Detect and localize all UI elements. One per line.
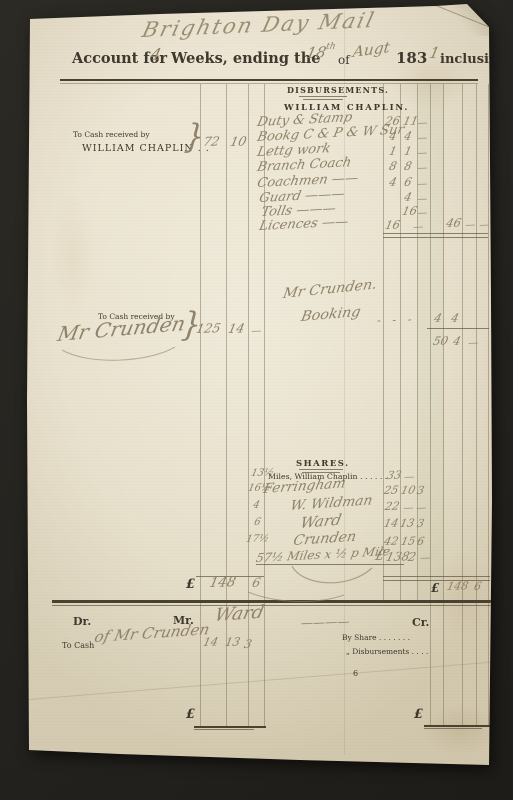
by-disbursements-label: „ Disbursements . . . . xyxy=(346,648,428,656)
amount: 1 xyxy=(388,146,398,158)
to-cash-label: To Cash xyxy=(62,642,94,650)
amount-dash: — xyxy=(415,504,427,514)
photo-backdrop: Brighton Day Mail Account for 4 Weeks, e… xyxy=(0,0,513,800)
ledger-rule-vertical xyxy=(430,84,431,727)
cr-label: Cr. xyxy=(412,617,429,628)
amount: 25 xyxy=(383,485,399,496)
crunden-name: Mr Crunden. xyxy=(282,277,378,301)
amount-dash: — xyxy=(416,180,428,190)
paper-stain xyxy=(50,190,95,320)
amount-dashes: - - - xyxy=(376,314,417,326)
ledger-rule-vertical xyxy=(443,84,444,727)
brace-glyph: } xyxy=(183,121,206,154)
account-line-text: inclusive. xyxy=(440,53,509,66)
amount: 6 xyxy=(416,536,425,547)
amount: 14 xyxy=(202,636,219,648)
share-name: Ward xyxy=(299,513,343,531)
amount-dash: — xyxy=(403,473,415,483)
amount-dash: — xyxy=(416,134,428,144)
footer-payee-handwritten: of Mr Crunden xyxy=(93,622,211,645)
crunden-item: Booking xyxy=(300,305,362,324)
shares-total-label: 57½ Miles x ½ p Mile xyxy=(255,545,391,564)
amount: 4 xyxy=(433,313,443,325)
month-handwritten: Augt xyxy=(352,40,391,60)
ledger-sheet: Brighton Day Mail Account for 4 Weeks, e… xyxy=(0,0,513,800)
shares-header: SHARES. xyxy=(296,460,350,469)
amount: 50 xyxy=(432,335,449,347)
amount: 15 xyxy=(400,536,416,547)
pound-sign: £ xyxy=(414,708,423,721)
footer-name-handwritten: Ward xyxy=(213,604,266,625)
share-name: Crunden xyxy=(292,530,357,548)
amount-pounds: 72 xyxy=(202,135,221,148)
amount: 8 xyxy=(388,161,398,173)
amount-dash: — xyxy=(416,164,428,174)
year-digit-handwritten: 1 xyxy=(428,46,441,61)
disbursements-header: DISBURSEMENTS. xyxy=(287,86,389,94)
amount-shillings: 14 xyxy=(227,322,246,335)
amount: 22 xyxy=(384,501,400,512)
payee-signature: Mr Crunden xyxy=(56,313,187,344)
corner-fold-shadow xyxy=(430,0,492,36)
day-handwritten: 18 xyxy=(305,45,327,61)
pre-total-rule xyxy=(383,576,490,577)
amount: 3 xyxy=(416,518,425,529)
day-suffix-handwritten: th xyxy=(325,43,336,52)
amount-dash: — xyxy=(402,504,414,514)
cash-received-label: To Cash received by xyxy=(73,131,150,139)
ledger-rule-vertical xyxy=(248,84,249,727)
ledger-rule-vertical xyxy=(226,84,227,727)
amount: 14 xyxy=(383,518,399,529)
pound-sign: £ xyxy=(431,582,439,594)
header-underline xyxy=(299,96,347,97)
amount: 4 xyxy=(452,336,462,348)
disbursement-row-label: Licences —— xyxy=(258,215,350,233)
grand-total-pounds: 148 xyxy=(208,576,237,590)
amount-dash: — xyxy=(412,223,424,233)
paper-texture xyxy=(0,0,513,800)
bottom-rule xyxy=(424,725,490,727)
share-name: Ferringham xyxy=(262,477,347,496)
pound-sign: £ xyxy=(186,578,195,591)
share-miles: 6 xyxy=(253,518,262,528)
section-rule-heavy xyxy=(52,600,492,603)
ledger-rule-vertical xyxy=(462,84,463,727)
amount: 6 xyxy=(403,177,413,189)
amount-dash: — xyxy=(416,149,428,159)
amount: 3 xyxy=(416,485,425,496)
header-underline xyxy=(299,469,343,470)
paper-shadow: Brighton Day Mail Account for 4 Weeks, e… xyxy=(0,0,513,800)
share-miles: 4 xyxy=(252,501,261,511)
amount: 4 xyxy=(403,192,413,204)
footer-dash: ———— xyxy=(300,615,351,629)
amount: 4 xyxy=(403,131,413,143)
subtotal-rule xyxy=(383,237,488,238)
section-rule-thin xyxy=(52,605,492,606)
subtotal-rule xyxy=(427,328,489,329)
amount-pounds: 125 xyxy=(195,322,222,335)
ledger-rule-vertical xyxy=(488,84,489,727)
amount: 2 xyxy=(407,551,417,563)
share-miles: 17½ xyxy=(245,534,270,545)
pen-flourishes xyxy=(0,0,513,800)
amount: 10 xyxy=(400,485,416,496)
by-share-label: By Share . . . . . . . xyxy=(342,634,410,642)
header-underline xyxy=(303,99,343,100)
amount: 4 xyxy=(388,177,398,189)
handwritten-title: Brighton Day Mail xyxy=(140,10,378,41)
amount: 1 xyxy=(403,146,413,158)
bottom-rule xyxy=(424,728,482,729)
corner-fold-crease xyxy=(436,5,490,28)
shares-total-rule xyxy=(256,564,404,565)
grand-total-shillings: 6 xyxy=(251,577,262,590)
amount: 13 xyxy=(399,518,415,529)
amount-dash: — xyxy=(250,327,262,337)
bottom-rule xyxy=(194,726,266,728)
pound-sign-handwritten: £ xyxy=(374,549,386,563)
amount-dash: — xyxy=(464,221,476,231)
header-rule-thin xyxy=(60,83,478,84)
subtotal-rule xyxy=(383,233,488,234)
amount: 16 xyxy=(384,219,401,231)
bottom-rule xyxy=(194,729,254,730)
header-rule-heavy xyxy=(60,79,478,81)
amount-dash: — xyxy=(416,119,428,129)
account-line-text: Weeks, ending the xyxy=(171,52,320,67)
amount-dash: — xyxy=(416,209,428,219)
grand-total-shillings: 6 xyxy=(473,581,482,592)
dr-label: Dr. xyxy=(73,616,91,627)
page-number: 6 xyxy=(353,670,358,678)
grand-total-pounds: 148 xyxy=(446,580,470,592)
amount: 3 xyxy=(243,639,253,651)
fold-crease-diagonal xyxy=(28,662,491,700)
year-printed: 183 xyxy=(396,51,427,66)
amount: 4 xyxy=(450,313,460,325)
amount: 4 xyxy=(388,131,398,143)
amount-shillings: 10 xyxy=(229,135,248,148)
account-line-text: of xyxy=(338,54,350,66)
amount-dash: — xyxy=(467,339,479,349)
pound-sign: £ xyxy=(186,708,195,721)
amount: 33 xyxy=(386,470,402,481)
paper-vignette xyxy=(0,0,513,800)
amount: 8 xyxy=(403,161,413,173)
disbursements-total: 46 xyxy=(445,217,462,229)
amount: 13 xyxy=(224,636,241,648)
ledger-rule-vertical xyxy=(476,84,477,727)
